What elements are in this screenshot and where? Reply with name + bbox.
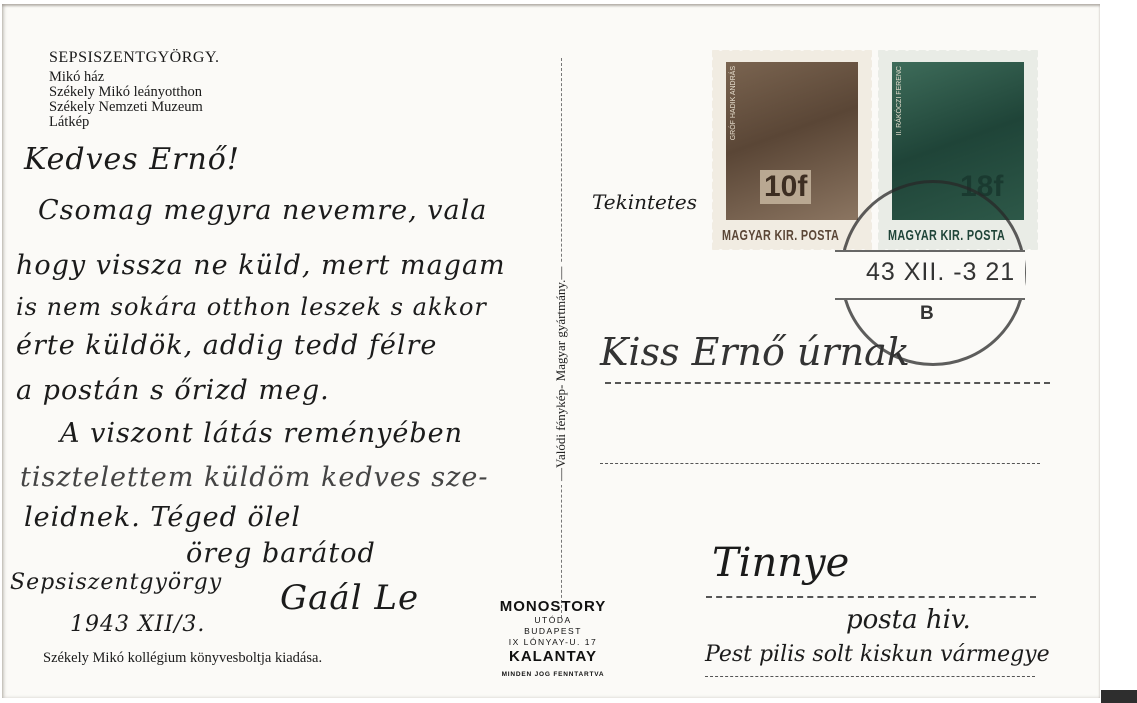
header-line: Mikó ház (49, 70, 219, 85)
message-place: Sepsiszentgyörgy (10, 570, 222, 595)
postmark-letter: B (920, 303, 934, 325)
message-line: is nem sokára otthon leszek s akkor (16, 293, 487, 321)
stamp-text: MAGYAR KIR. POSTA (722, 227, 823, 244)
stamp-portrait-caption: II. RÁKÓCZI FERENC (896, 66, 903, 136)
header-line: Székely Nemzeti Muzeum (49, 100, 219, 115)
address-post: posta hiv. (846, 605, 971, 635)
message-line: A viszont látás reményében (60, 418, 463, 449)
imprint-name: MONOSTORY (478, 598, 628, 615)
message-line: Csomag megyra nevemre, vala (38, 195, 487, 226)
header-title: SEPSISZENTGYÖRGY. (49, 49, 219, 67)
imprint-owner: KALANTAY (478, 648, 628, 665)
message-line: érte küldök, addig tedd félre (16, 330, 437, 361)
stamp-10f: GRÓF HADIK ANDRÁS 10f MAGYAR KIR. POSTA (712, 50, 872, 250)
message-line: leidnek. Téged ölel (24, 502, 301, 533)
stamp-portrait-caption: GRÓF HADIK ANDRÁS (730, 66, 737, 140)
vertical-imprint: —Valódi fénykép- Magyar gyártmány.— (553, 263, 569, 485)
message-line: öreg barátod (186, 538, 376, 569)
printed-header: SEPSISZENTGYÖRGY. Mikó ház Székely Mikó … (49, 49, 219, 130)
postmark-date: 43 XII. -3 21 (866, 258, 1015, 287)
publisher-footer: Székely Mikó kollégium könyvesboltja kia… (43, 650, 322, 667)
address-recipient: Kiss Ernő úrnak (600, 330, 910, 374)
publisher-imprint: MONOSTORY UTÓDA BUDAPEST IX LÓNYAY-U. 17… (478, 598, 628, 678)
message-line: tisztelettem küldöm kedves sze- (20, 462, 488, 493)
scan-edge-bar (1101, 690, 1137, 703)
address-line (706, 596, 1036, 598)
message-salutation: Kedves Ernő! (24, 142, 240, 177)
header-line: Látkép (49, 115, 219, 130)
address-line (605, 382, 1050, 384)
imprint-city: BUDAPEST (478, 626, 628, 637)
signature: Gaál Le (280, 578, 419, 618)
address-town: Tinnye (712, 540, 849, 586)
address-line (600, 463, 1040, 464)
imprint-street: IX LÓNYAY-U. 17 (478, 637, 628, 648)
address-line (705, 676, 1035, 677)
address-salutation: Tekintetes (592, 190, 697, 214)
message-line: hogy vissza ne küld, mert magam (16, 250, 506, 281)
message-line: a postán s őrizd meg. (16, 375, 330, 406)
imprint-rights: MINDEN JOG FENNTARTVA (478, 671, 628, 678)
message-date: 1943 XII/3. (70, 612, 205, 637)
imprint-successor: UTÓDA (478, 615, 628, 626)
header-line: Székely Mikó leányotthon (49, 85, 219, 100)
address-county: Pest pilis solt kiskun vármegye (705, 642, 1050, 667)
stamp-denomination: 10f (760, 170, 811, 204)
